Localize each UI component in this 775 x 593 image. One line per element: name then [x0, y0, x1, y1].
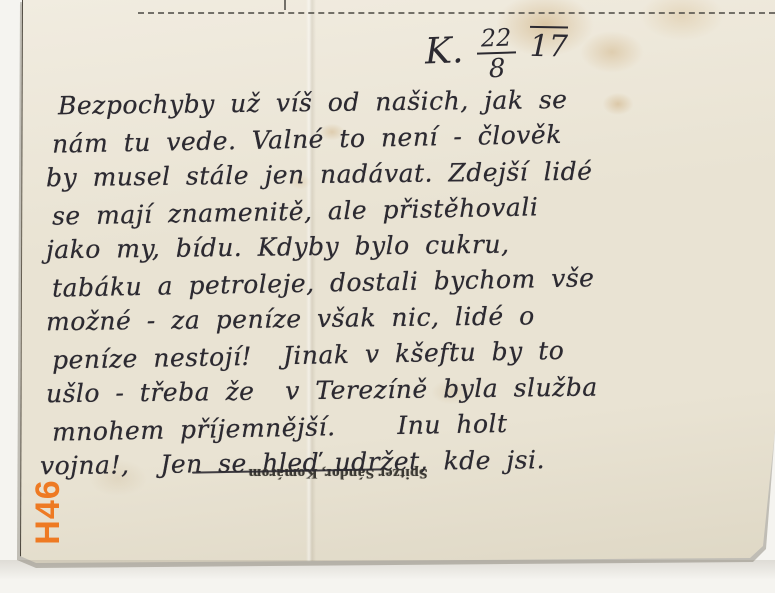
- handwriting-block: Bezpochyby už víš od našich, jak senám t…: [46, 84, 746, 480]
- handwritten-date: K. 22 8 17: [424, 22, 569, 85]
- date-year: 17: [529, 26, 568, 63]
- top-dashed-divider-line: [138, 12, 775, 14]
- date-day-month-fraction: 22 8: [476, 23, 517, 82]
- top-dashed-tick: [284, 0, 286, 10]
- date-month: 8: [488, 54, 506, 83]
- date-prefix: K.: [424, 25, 464, 70]
- scanned-postcard-back: K. 22 8 17 Bezpochyby už víš od našich, …: [0, 0, 775, 593]
- archive-label-h46: H46: [30, 477, 66, 547]
- postcard-paper: K. 22 8 17 Bezpochyby už víš od našich, …: [0, 0, 775, 593]
- date-day: 22: [476, 25, 516, 54]
